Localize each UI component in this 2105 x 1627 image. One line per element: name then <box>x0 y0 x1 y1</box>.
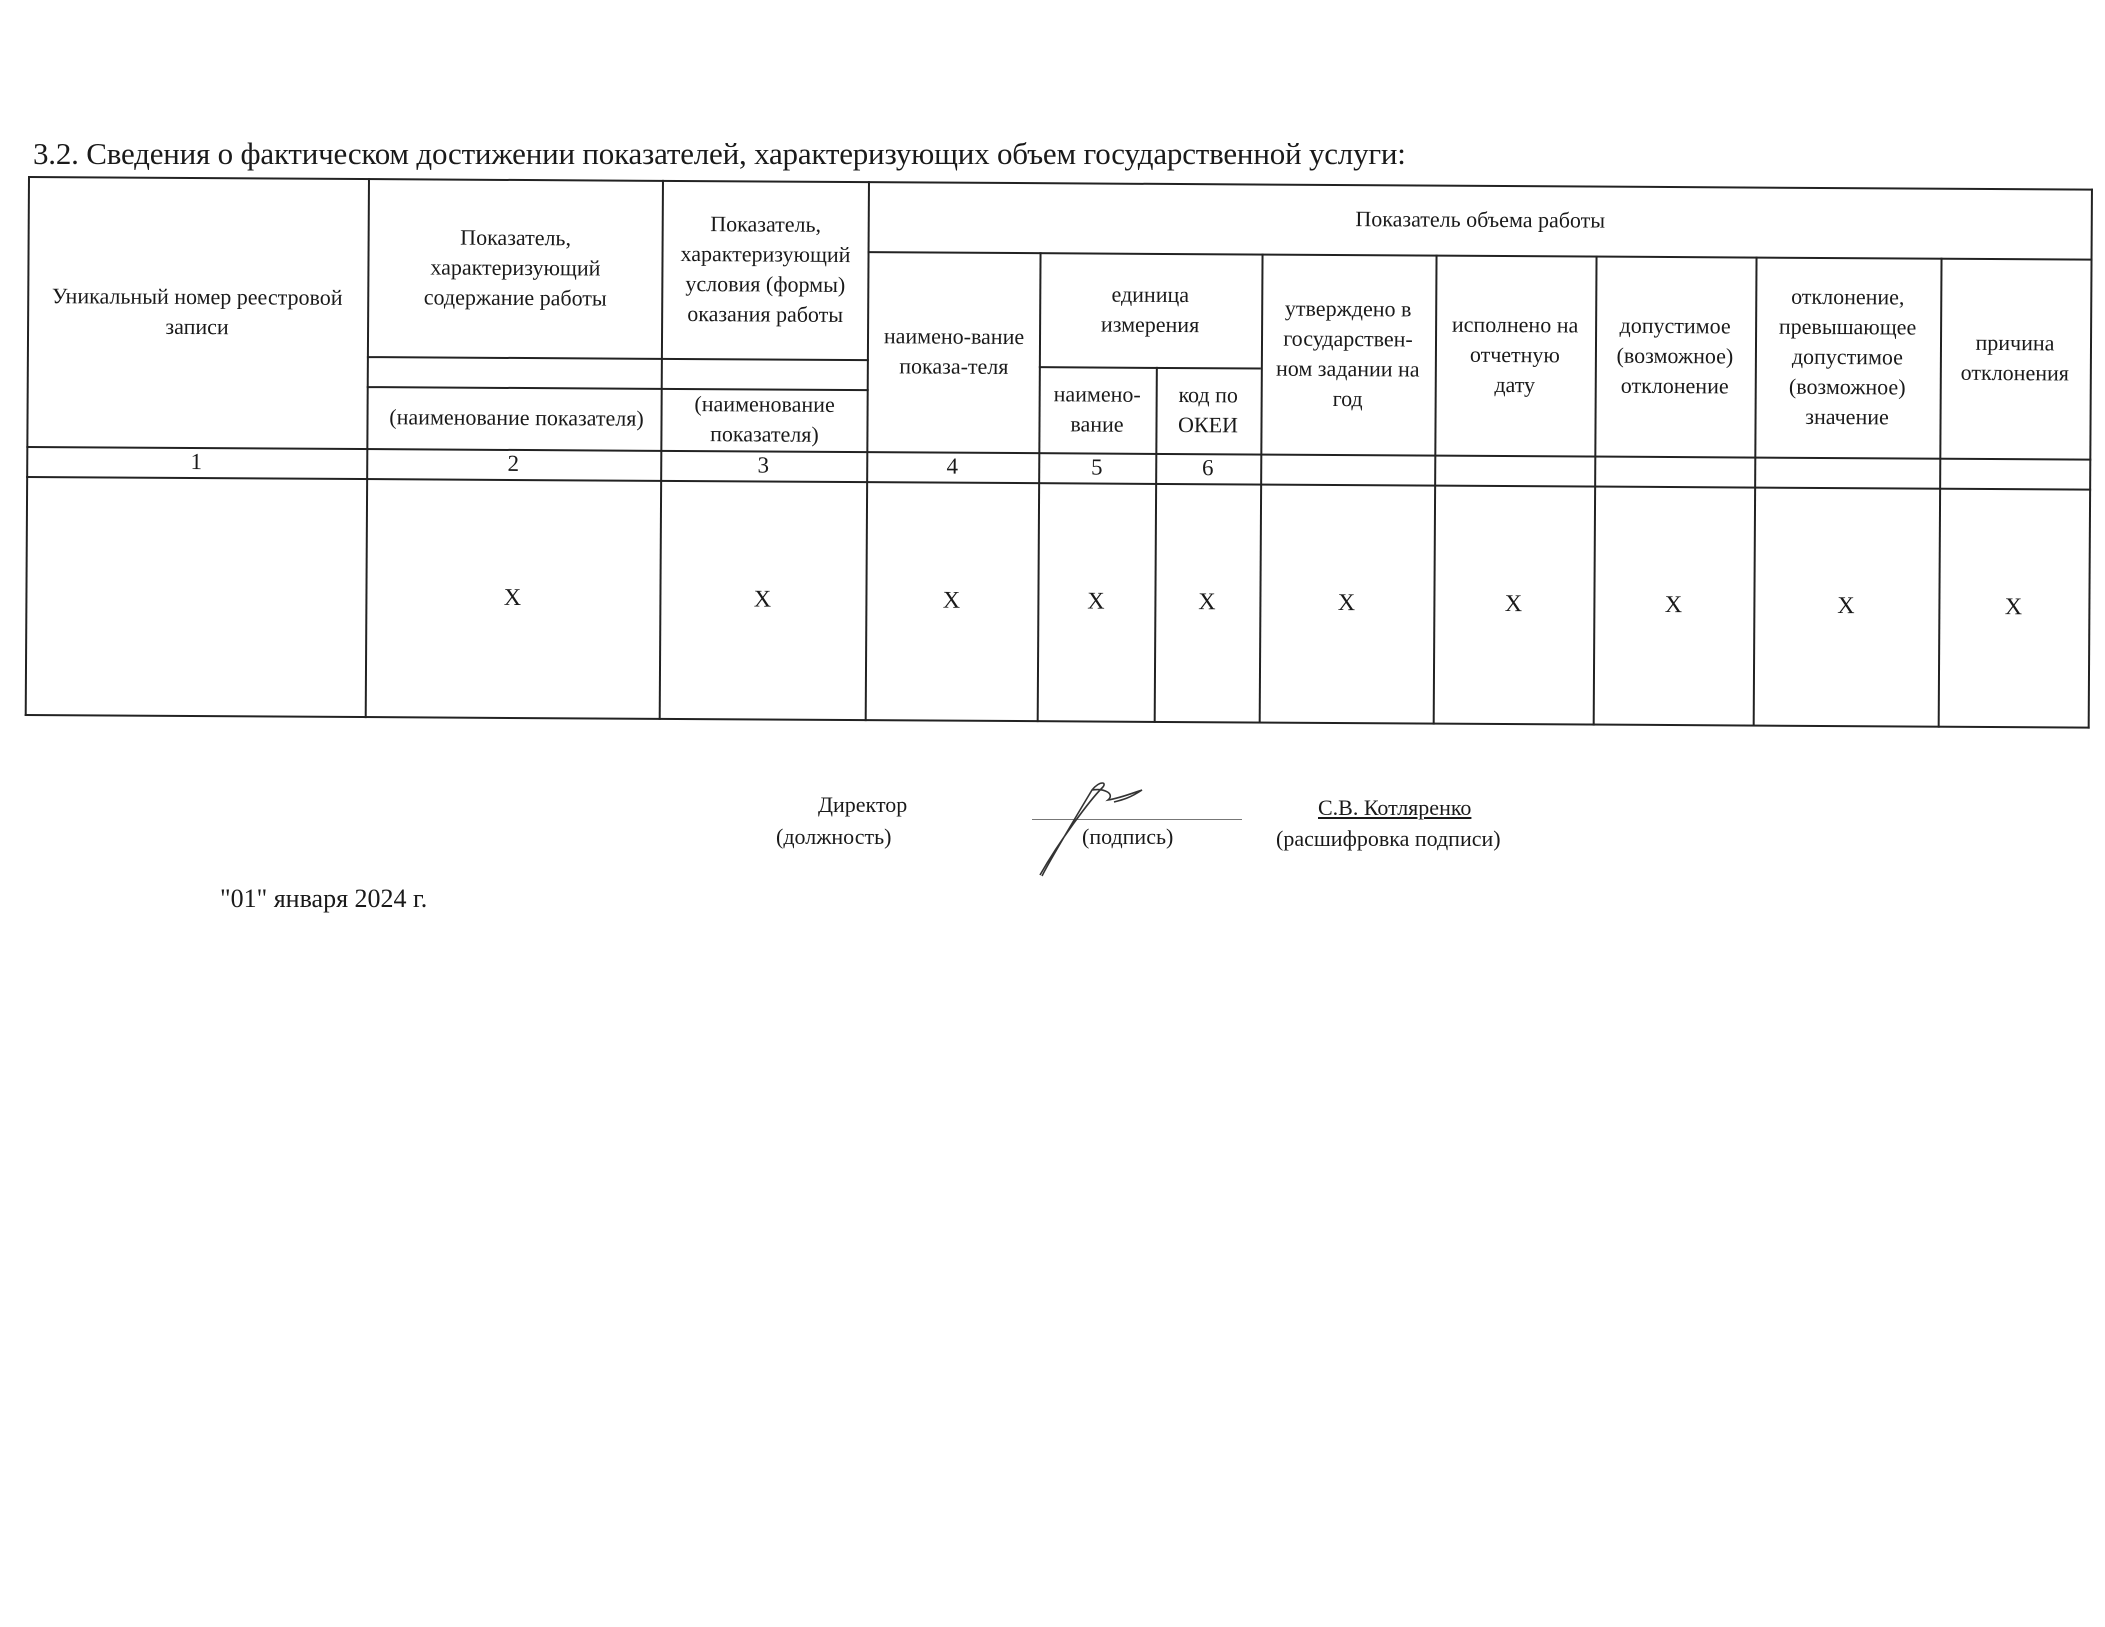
header-unit-group: единица измерения <box>1039 252 1262 367</box>
table-cell: X <box>1433 485 1594 724</box>
table-cell <box>25 476 366 716</box>
header-executed: исполнено на отчетную дату <box>1434 255 1595 456</box>
header-allowed-deviation: допустимое (возможное) отклонение <box>1594 256 1755 457</box>
table-cell: X <box>1593 486 1754 725</box>
table-cell: X <box>1259 484 1434 723</box>
table-cell: X <box>1154 483 1260 722</box>
table-cell: X <box>1753 487 1939 726</box>
header-content-indicator: Показатель, характеризующий содержание р… <box>379 178 652 358</box>
header-registry-number: Уникальный номер реестровой записи <box>26 176 368 448</box>
header-conditions-indicator-sub: (наименование показателя) <box>666 388 862 451</box>
header-approved: утверждено в государствен-ном задании на… <box>1260 254 1435 455</box>
header-conditions-indicator: Показатель, характеризующий условия (фор… <box>663 180 868 359</box>
column-number: 6 <box>1155 453 1260 484</box>
header-content-indicator-sub: (наименование показателя) <box>386 386 646 450</box>
volume-indicators-table: Уникальный номер реестровой записи Показ… <box>25 176 2093 754</box>
header-excess-deviation: отклонение, превышающее допустимое (возм… <box>1754 257 1940 458</box>
table-cell: X <box>365 478 660 718</box>
column-number: 4 <box>866 451 1038 482</box>
document-date: "01" января 2024 г. <box>220 884 427 914</box>
column-number: 1 <box>26 446 366 478</box>
signer-position: Директор <box>818 792 907 818</box>
column-number: 3 <box>660 450 866 481</box>
table-cell: X <box>659 480 866 719</box>
table-cell: X <box>1938 488 2089 727</box>
signer-name: С.В. Котляренко <box>1318 795 1471 821</box>
header-unit-name: наимено-вание <box>1038 366 1156 453</box>
header-volume-group: Показатель объема работы <box>868 181 2093 258</box>
header-deviation-reason: причина отклонения <box>1939 258 2090 459</box>
column-number: 2 <box>366 448 660 480</box>
position-caption: (должность) <box>776 824 891 850</box>
signature-caption: (подпись) <box>1082 824 1173 850</box>
table-cell: X <box>1037 482 1155 721</box>
header-indicator-name: наимено-вание показа-теля <box>868 251 1039 452</box>
header-unit-okei: код по ОКЕИ <box>1155 367 1261 454</box>
table-cell: X <box>865 481 1038 720</box>
section-title: 3.2. Сведения о фактическом достижении п… <box>33 136 1406 172</box>
name-caption: (расшифровка подписи) <box>1276 826 1501 852</box>
column-number: 5 <box>1038 452 1155 483</box>
